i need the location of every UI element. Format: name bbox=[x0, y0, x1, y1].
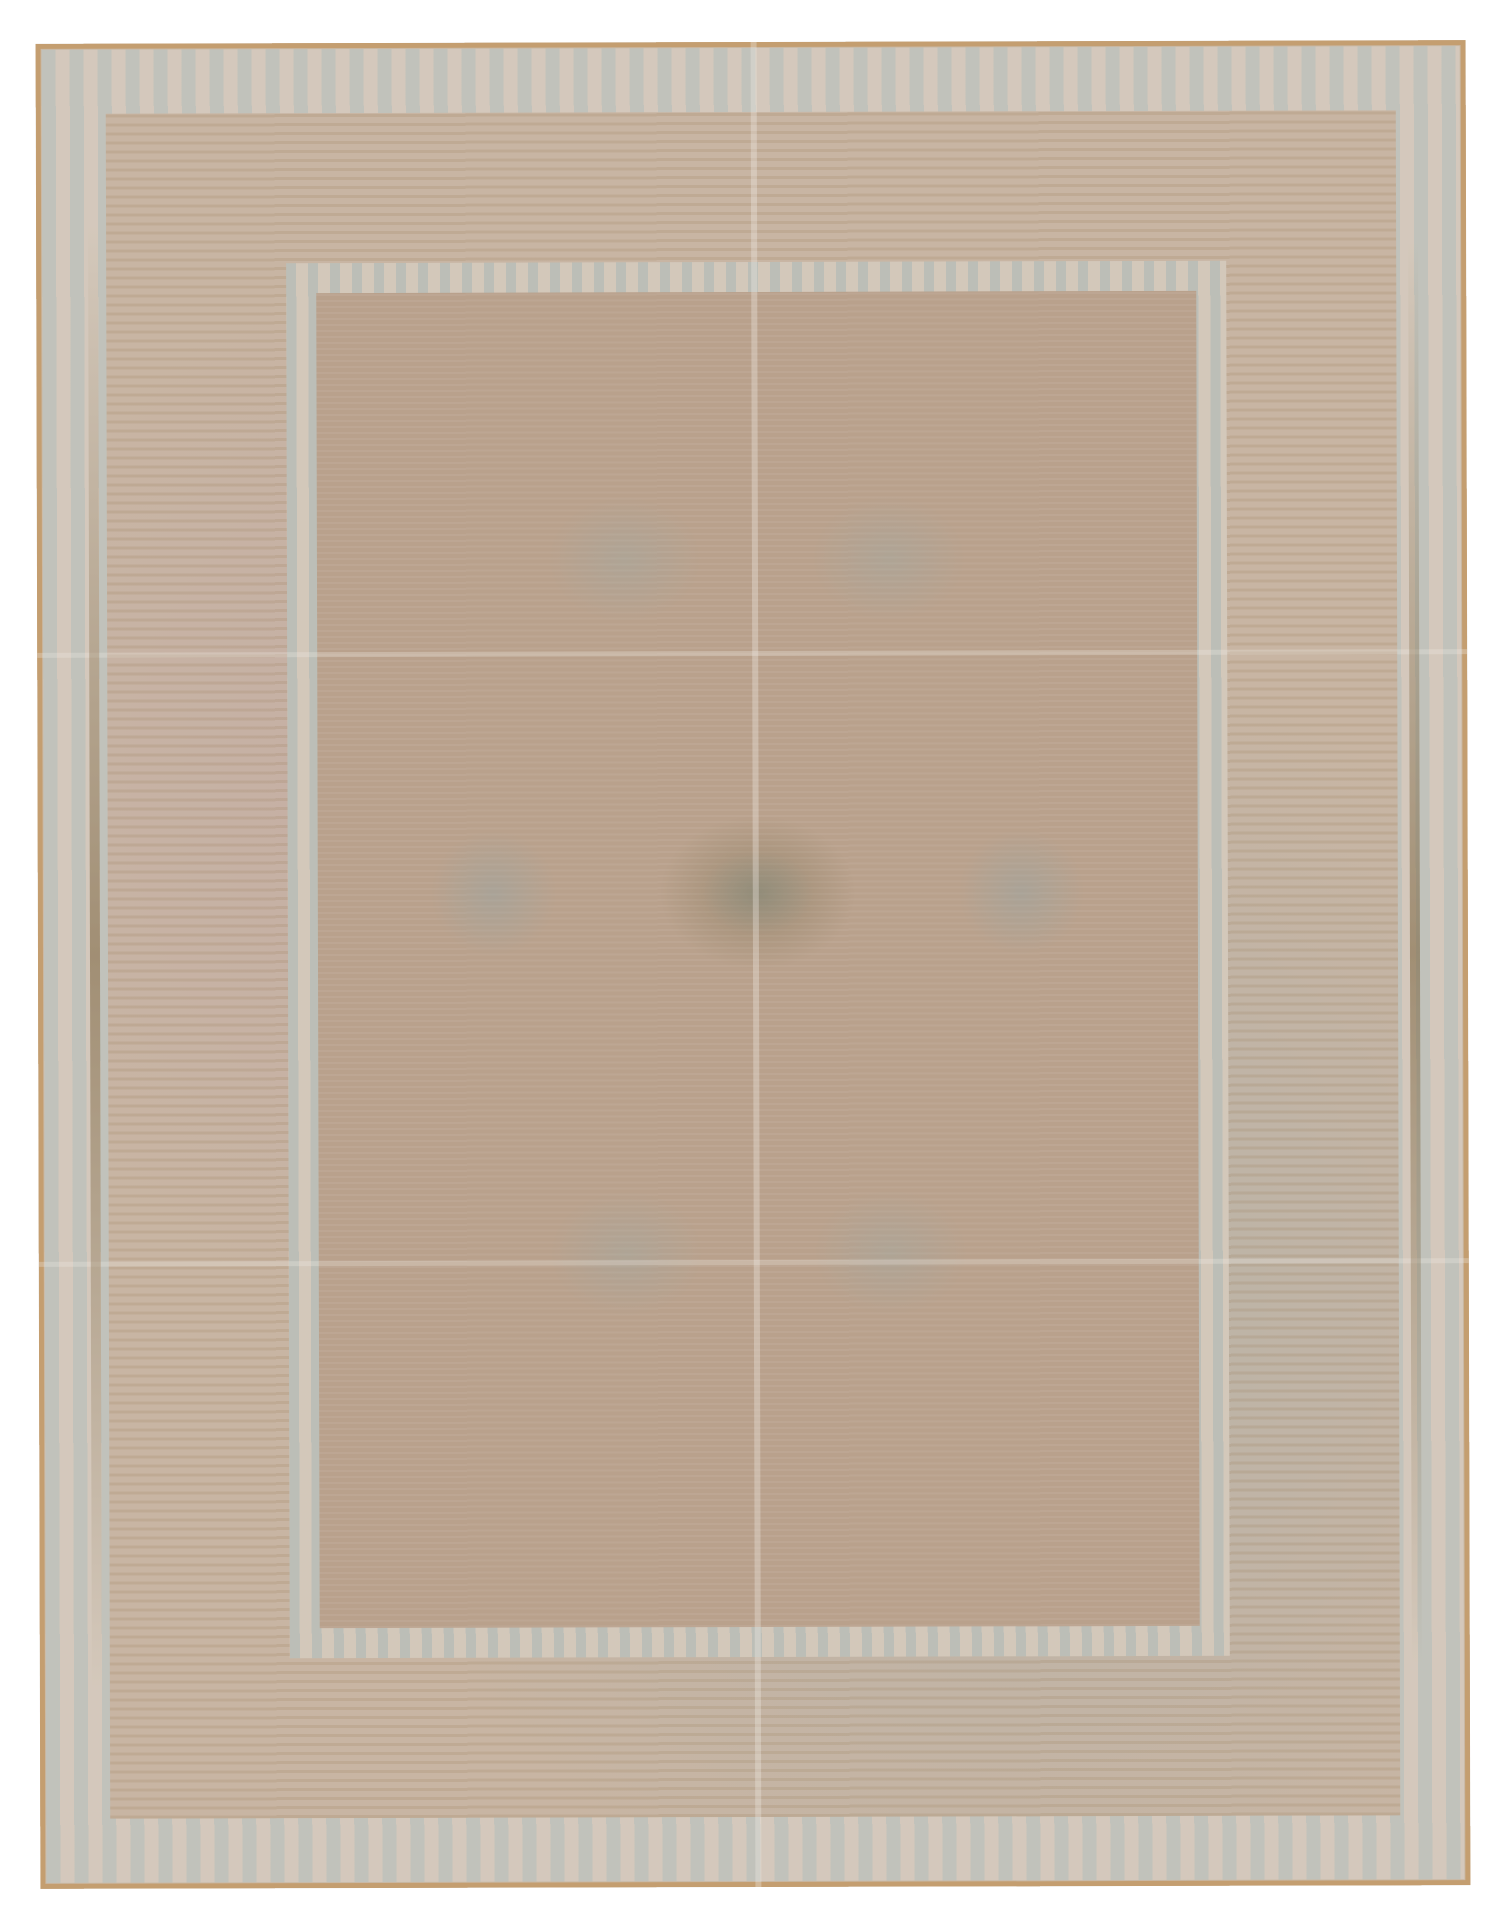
rug-photo bbox=[36, 40, 1471, 1889]
